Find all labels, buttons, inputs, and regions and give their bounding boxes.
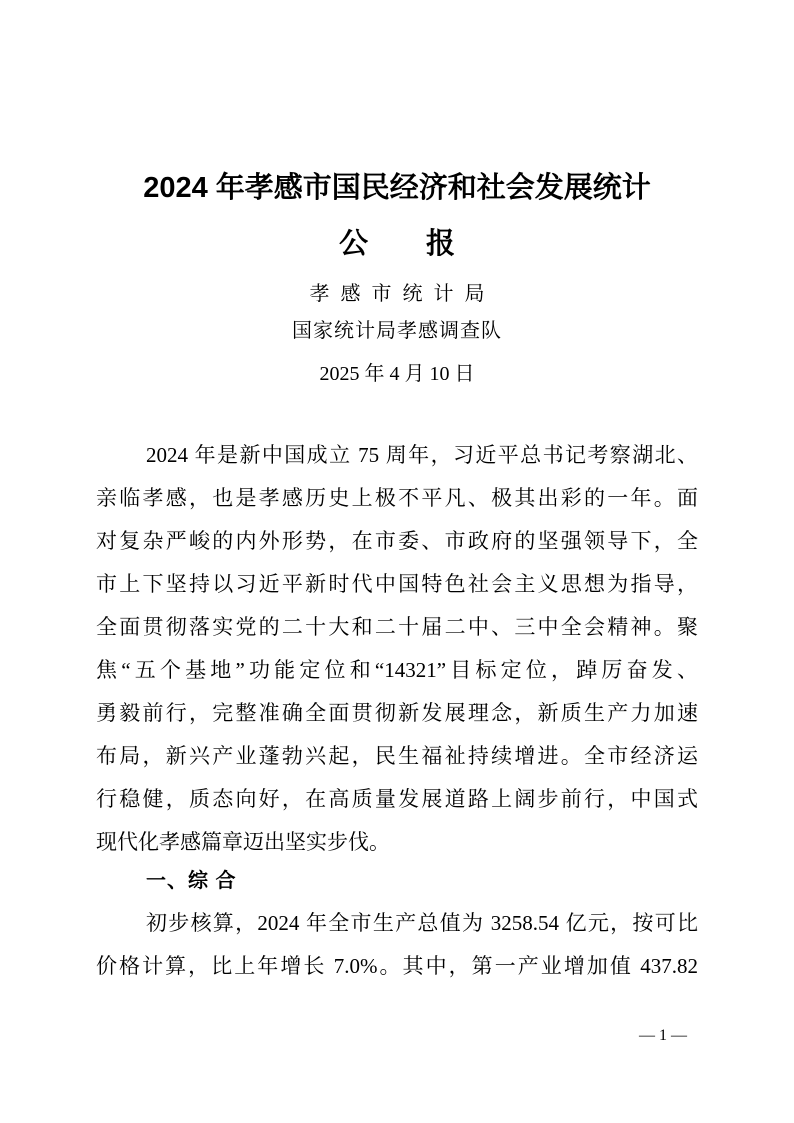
intro-line: 行稳健，质态向好，在高质量发展道路上阔步前行，中国式 <box>96 778 698 821</box>
publish-date: 2025 年 4 月 10 日 <box>0 361 794 387</box>
intro-paragraph: 2024 年是新中国成立 75 周年，习近平总书记考察湖北、 亲临孝感，也是孝感… <box>96 434 698 864</box>
intro-line: 勇毅前行，完整准确全面贯彻新发展理念，新质生产力加速 <box>96 692 698 735</box>
section-line: 价格计算，比上年增长 7.0%。其中，第一产业增加值 437.82 <box>96 945 698 988</box>
intro-line: 全面贯彻落实党的二十大和二十届二中、三中全会精神。聚 <box>96 606 698 649</box>
intro-line: 亲临孝感，也是孝感历史上极不平凡、极其出彩的一年。面 <box>96 477 698 520</box>
document-title-line1: 2024 年孝感市国民经济和社会发展统计 <box>0 166 794 210</box>
intro-line: 布局，新兴产业蓬勃兴起，民生福祉持续增进。全市经济运 <box>96 735 698 778</box>
intro-line: 焦“五个基地”功能定位和“14321”目标定位，踔厉奋发、 <box>96 649 698 692</box>
section-paragraph: 初步核算，2024 年全市生产总值为 3258.54 亿元，按可比 价格计算，比… <box>96 902 698 988</box>
section-heading-overview: 一、综 合 <box>96 860 698 903</box>
document-title-line2: 公 报 <box>0 222 794 266</box>
intro-line: 现代化孝感篇章迈出坚实步伐。 <box>96 821 698 864</box>
document-page: 2024 年孝感市国民经济和社会发展统计 公 报 孝感市统计局 国家统计局孝感调… <box>0 0 794 1123</box>
page-number: — 1 — <box>633 1026 693 1046</box>
intro-line: 对复杂严峻的内外形势，在市委、市政府的坚强领导下，全 <box>96 520 698 563</box>
issuer-line-statistics-bureau: 孝感市统计局 <box>0 281 794 307</box>
intro-line: 2024 年是新中国成立 75 周年，习近平总书记考察湖北、 <box>96 434 698 477</box>
section-line: 初步核算，2024 年全市生产总值为 3258.54 亿元，按可比 <box>96 902 698 945</box>
intro-line: 市上下坚持以习近平新时代中国特色社会主义思想为指导， <box>96 563 698 606</box>
issuer-line-survey-team: 国家统计局孝感调查队 <box>0 318 794 344</box>
